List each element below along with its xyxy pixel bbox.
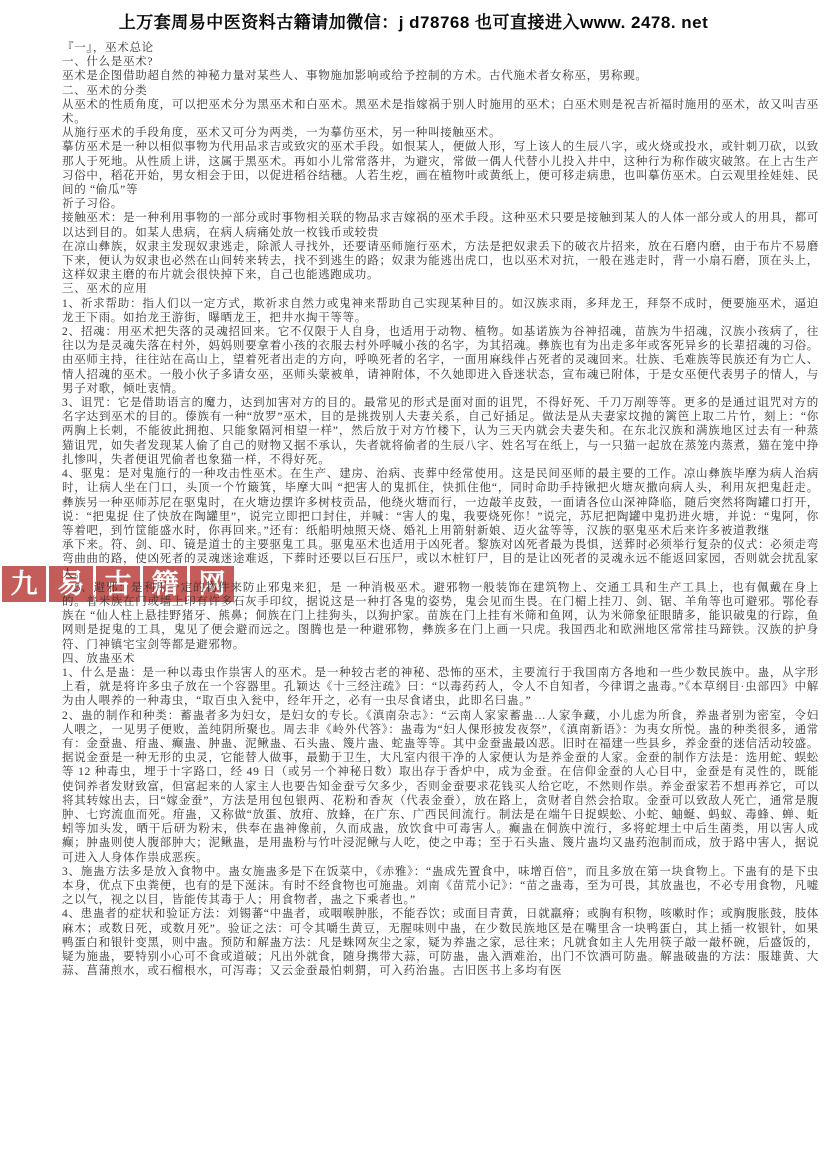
paragraph: 3、诅咒：它是借助语言的魔力，达到加害对方的目的。最常见的形式是面对面的诅咒，不…: [62, 396, 819, 467]
paragraph: 接触巫术：是一种利用事物的一部分或时事物相关联的物品求吉嫁祸的巫术手段。这种巫术…: [62, 211, 819, 239]
paragraph: 承下来。符、剑、印、镜是道士的主要驱鬼工具。驱鬼巫术也适用于凶死者。黎族对凶死者…: [62, 538, 819, 581]
paragraph: 从巫术的性质角度，可以把巫术分为黑巫术和白巫术。黑巫术是指嫁祸于别人时施用的巫术…: [62, 98, 819, 126]
paragraph: 摹仿巫术是一种以相似事物为代用品求吉或致灾的巫术手段。如恨某人，便做人形，写上该…: [62, 140, 819, 197]
heading: 一、什么是巫术?: [62, 55, 819, 69]
heading: 二、巫术的分类: [62, 84, 819, 98]
paragraph: 巫术是企图借助超自然的神秘力量对某些人、事物施加影响或给予控制的方术。古代施术者…: [62, 69, 819, 83]
paragraph: 3、施蛊方法多是放入食物中。蛊女施蛊多是下在饭菜中，《赤雅》：“蛊成先置食中，味…: [62, 865, 819, 908]
document-body: 『一』，巫术总论 一、什么是巫术? 巫术是企图借助超自然的神秘力量对某些人、事物…: [62, 41, 819, 978]
heading: 四、放蛊巫术: [62, 652, 819, 666]
paragraph: 从施行巫术的手段角度，巫术又可分为两类，一为摹仿巫术，另一种叫接触巫术。: [62, 126, 819, 140]
paragraph: 在凉山彝族，奴隶主发现奴隶逃走，除派人寻找外，还要请巫师施行巫术，方法是把奴隶丢…: [62, 240, 819, 283]
paragraph: 2、招魂：用巫术把失落的灵魂招回来。它不仅限于人自身，也适用于动物、植物。如基诺…: [62, 325, 819, 396]
paragraph: 祈子习俗。: [62, 197, 819, 211]
paragraph: 4、驱鬼：是对鬼施行的一种攻击性巫术。在生产、建房、治病、丧葬中经常使用。这是民…: [62, 467, 819, 538]
paragraph: 4、患蛊者的症状和验证方法：刘锡蕃“中蛊者，或咽喉肿胀，不能吞饮；或面目青黄，日…: [62, 907, 819, 978]
section-title: 『一』，巫术总论: [62, 41, 819, 55]
heading: 三、巫术的应用: [62, 282, 819, 296]
paragraph: 5、避邪：是利用一定的物件来防止邪鬼来犯，是 一种消极巫术。避邪物一般装饰在建筑…: [62, 581, 819, 652]
paragraph: 1、祈求帮助：指人们以一定方式，欺祈求自然力或鬼神来帮助自己实现某种目的。如汉族…: [62, 297, 819, 325]
header-notice: 上万套周易中医资料古籍请加微信：j d78768 也可直接进入www. 2478…: [0, 8, 827, 33]
watermark-char: 九: [2, 566, 46, 602]
document-page: 上万套周易中医资料古籍请加微信：j d78768 也可直接进入www. 2478…: [0, 0, 827, 1170]
paragraph: 2、蛊的制作和种类：蓄蛊者多为妇女，是妇女的专长。《滇南杂志》：“云南人家家蓄蛊…: [62, 709, 819, 865]
paragraph: 1、什么是蛊：是一种以毒虫作祟害人的巫术。是一种较古老的神秘、恐怖的巫术，主要流…: [62, 666, 819, 709]
